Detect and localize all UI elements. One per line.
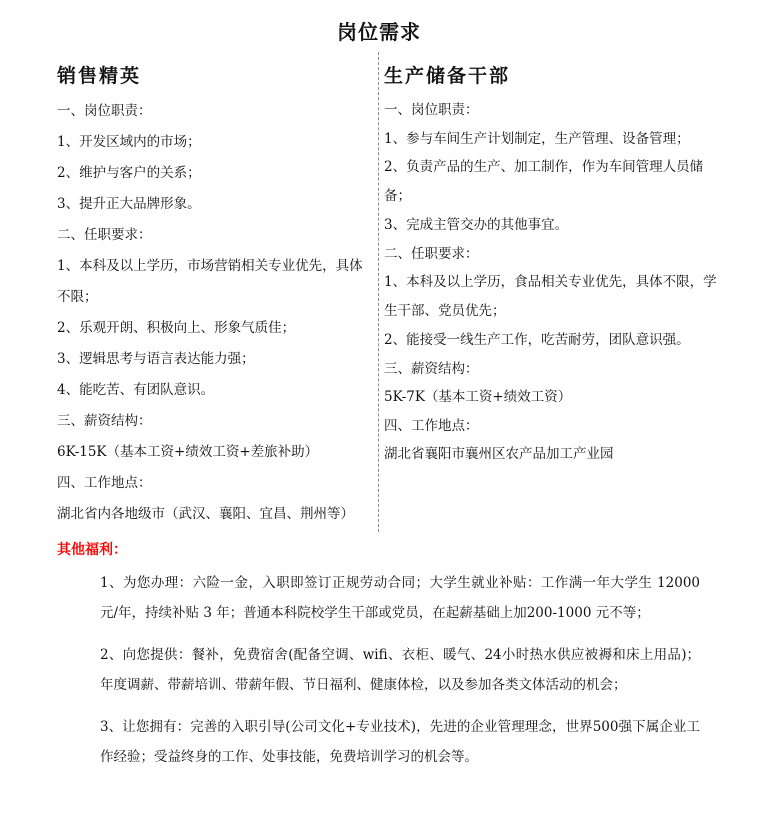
section-label: 四、工作地点： <box>57 468 375 499</box>
list-item: 3、提升正大品牌形象。 <box>57 189 375 220</box>
benefit-item: 1、为您办理：六险一金，入职即签订正规劳动合同；大学生就业补贴：工作满一年大学生… <box>100 568 700 628</box>
list-item: 3、逻辑思考与语言表达能力强； <box>57 344 375 375</box>
list-item: 1、本科及以上学历，市场营销相关专业优先，具体不限； <box>57 251 375 313</box>
list-item: 1、开发区域内的市场； <box>57 127 375 158</box>
list-item: 4、能吃苦、有团队意识。 <box>57 375 375 406</box>
list-item: 2、乐观开朗、积极向上、形象气质佳； <box>57 313 375 344</box>
location-value: 湖北省内各地级市（武汉、襄阳、宜昌、荆州等） <box>57 499 375 530</box>
column-divider <box>378 52 379 532</box>
list-item: 2、负责产品的生产、加工制作，作为车间管理人员储备； <box>384 153 724 211</box>
section-label: 三、薪资结构： <box>384 355 724 384</box>
production-reserve-column: 生产储备干部 一、岗位职责： 1、参与车间生产计划制定，生产管理、设备管理； 2… <box>384 62 724 469</box>
benefit-item: 2、向您提供：餐补，免费宿舍(配备空调、wifi、衣柜、暖气、24小时热水供应被… <box>100 640 700 700</box>
list-item: 1、本科及以上学历，食品相关专业优先，具体不限，学生干部、党员优先； <box>384 268 724 326</box>
section-label: 一、岗位职责： <box>57 96 375 127</box>
sales-elite-column: 销售精英 一、岗位职责： 1、开发区域内的市场； 2、维护与客户的关系； 3、提… <box>57 62 375 530</box>
list-item: 1、参与车间生产计划制定，生产管理、设备管理； <box>384 125 724 154</box>
page-title: 岗位需求 <box>0 16 758 45</box>
section-label: 一、岗位职责： <box>384 96 724 125</box>
list-item: 2、能接受一线生产工作，吃苦耐劳，团队意识强。 <box>384 326 724 355</box>
section-label: 二、任职要求： <box>384 240 724 269</box>
salary-value: 5K-7K（基本工资+绩效工资） <box>384 383 724 412</box>
section-label: 四、工作地点： <box>384 412 724 441</box>
benefits-list: 1、为您办理：六险一金，入职即签订正规劳动合同；大学生就业补贴：工作满一年大学生… <box>100 568 700 784</box>
location-value: 湖北省襄阳市襄州区农产品加工产业园 <box>384 440 724 469</box>
list-item: 2、维护与客户的关系； <box>57 158 375 189</box>
salary-value: 6K-15K（基本工资+绩效工资+差旅补助） <box>57 437 375 468</box>
sales-elite-heading: 销售精英 <box>57 62 375 96</box>
production-reserve-heading: 生产储备干部 <box>384 62 724 96</box>
section-label: 三、薪资结构： <box>57 406 375 437</box>
list-item: 3、完成主管交办的其他事宜。 <box>384 211 724 240</box>
benefits-heading: 其他福利： <box>57 539 127 559</box>
benefit-item: 3、让您拥有：完善的入职引导(公司文化+专业技术)，先进的企业管理理念，世界50… <box>100 712 700 772</box>
section-label: 二、任职要求： <box>57 220 375 251</box>
